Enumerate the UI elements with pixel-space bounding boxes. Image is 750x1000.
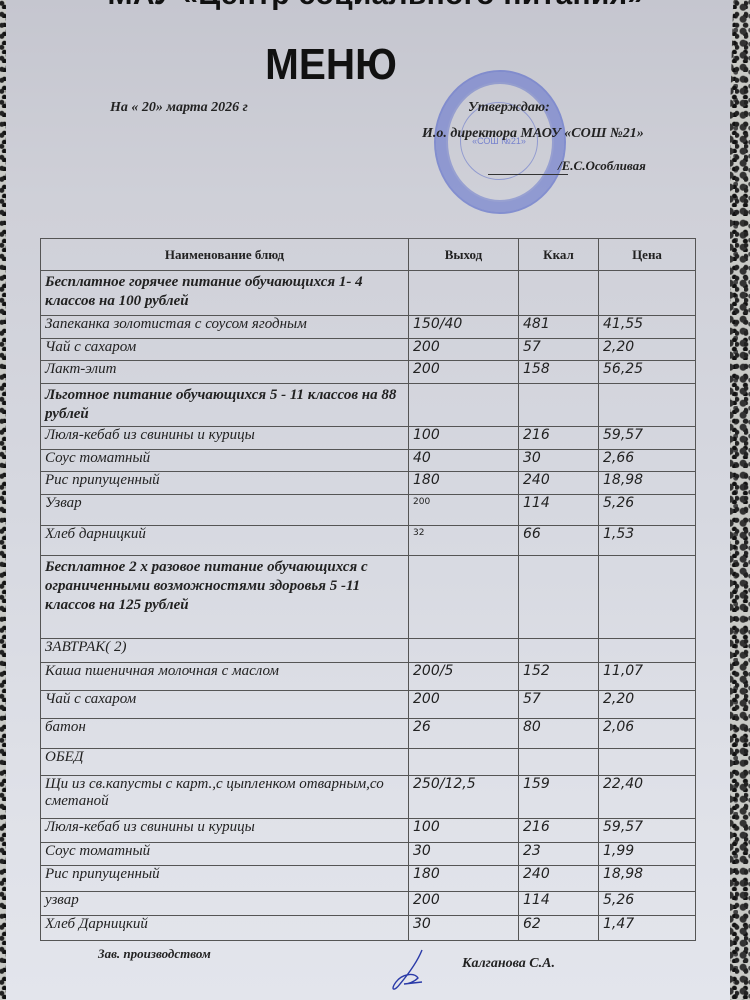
dish-name: ЗАВТРАК( 2) bbox=[41, 639, 409, 663]
dish-output: 180 bbox=[409, 472, 519, 495]
dish-kcal bbox=[519, 384, 599, 427]
header-kcal: Ккал bbox=[519, 239, 599, 271]
dish-name: Бесплатное 2 х разовое питание обучающих… bbox=[41, 556, 409, 639]
menu-table: Наименование блюд Выход Ккал Цена Беспла… bbox=[40, 238, 696, 941]
dish-output: 200 bbox=[409, 361, 519, 384]
dish-name: Рис припущенный bbox=[41, 472, 409, 495]
header-output: Выход bbox=[409, 239, 519, 271]
dish-name: Соус томатный bbox=[41, 450, 409, 472]
dish-name: Хлеб дарницкий bbox=[41, 526, 409, 556]
dish-price: 59,57 bbox=[599, 427, 696, 450]
dish-output: 200 bbox=[409, 339, 519, 361]
section-row: Бесплатное горячее питание обучающихся 1… bbox=[41, 271, 696, 316]
production-manager-name: Калганова С.А. bbox=[462, 956, 555, 972]
dish-kcal: 216 bbox=[519, 819, 599, 843]
dish-price: 2,20 bbox=[599, 339, 696, 361]
header-dish-name: Наименование блюд bbox=[41, 239, 409, 271]
dish-kcal: 114 bbox=[519, 892, 599, 916]
dish-price bbox=[599, 639, 696, 663]
dish-output: 250/12,5 bbox=[409, 776, 519, 819]
header-price: Цена bbox=[599, 239, 696, 271]
dish-output bbox=[409, 639, 519, 663]
dish-price: 1,53 bbox=[599, 526, 696, 556]
dish-name: Рис припущенный bbox=[41, 866, 409, 892]
dish-name: узвар bbox=[41, 892, 409, 916]
table-row: Узвар2001145,26 bbox=[41, 495, 696, 526]
dish-price: 5,26 bbox=[599, 495, 696, 526]
table-row: Лакт-элит20015856,25 bbox=[41, 361, 696, 384]
dish-price: 18,98 bbox=[599, 866, 696, 892]
meal-subheader-row: ЗАВТРАК( 2) bbox=[41, 639, 696, 663]
dish-price: 1,99 bbox=[599, 843, 696, 866]
table-row: Чай с сахаром200572,20 bbox=[41, 339, 696, 361]
official-stamp-icon: «СОШ №21» bbox=[434, 70, 566, 214]
table-row: Щи из св.капусты с карт.,с цыпленком отв… bbox=[41, 776, 696, 819]
dish-name: Хлеб Дарницкий bbox=[41, 916, 409, 941]
dish-price: 2,06 bbox=[599, 719, 696, 749]
table-row: батон26802,06 bbox=[41, 719, 696, 749]
dish-output: 200 bbox=[409, 892, 519, 916]
dish-price: 56,25 bbox=[599, 361, 696, 384]
meal-subheader-row: ОБЕД bbox=[41, 749, 696, 776]
dish-kcal: 80 bbox=[519, 719, 599, 749]
dish-output: 32 bbox=[409, 526, 519, 556]
dish-name: Лакт-элит bbox=[41, 361, 409, 384]
dish-price: 11,07 bbox=[599, 663, 696, 691]
dish-kcal: 481 bbox=[519, 316, 599, 339]
section-row: Бесплатное 2 х разовое питание обучающих… bbox=[41, 556, 696, 639]
dish-name: Щи из св.капусты с карт.,с цыпленком отв… bbox=[41, 776, 409, 819]
dish-kcal: 30 bbox=[519, 450, 599, 472]
approval-position: И.о. директора МАОУ «СОШ №21» bbox=[422, 126, 644, 142]
dish-kcal: 159 bbox=[519, 776, 599, 819]
table-header-row: Наименование блюд Выход Ккал Цена bbox=[41, 239, 696, 271]
dish-output: 30 bbox=[409, 843, 519, 866]
dish-name: Каша пшеничная молочная с маслом bbox=[41, 663, 409, 691]
dish-price bbox=[599, 556, 696, 639]
approval-signature-line bbox=[488, 174, 568, 175]
dish-name: Бесплатное горячее питание обучающихся 1… bbox=[41, 271, 409, 316]
section-row: Льготное питание обучающихся 5 - 11 клас… bbox=[41, 384, 696, 427]
dish-kcal: 23 bbox=[519, 843, 599, 866]
dish-kcal: 62 bbox=[519, 916, 599, 941]
dish-name: Узвар bbox=[41, 495, 409, 526]
dish-output: 150/40 bbox=[409, 316, 519, 339]
dish-kcal bbox=[519, 749, 599, 776]
dish-price: 22,40 bbox=[599, 776, 696, 819]
dish-output bbox=[409, 384, 519, 427]
dish-price bbox=[599, 271, 696, 316]
table-row: Чай с сахаром200572,20 bbox=[41, 691, 696, 719]
dish-price: 5,26 bbox=[599, 892, 696, 916]
dish-price: 2,20 bbox=[599, 691, 696, 719]
table-row: Рис припущенный18024018,98 bbox=[41, 472, 696, 495]
organization-title: МАУ «Центр социального питания» bbox=[66, 0, 686, 12]
dish-kcal: 152 bbox=[519, 663, 599, 691]
dish-name: Чай с сахаром bbox=[41, 691, 409, 719]
dish-output: 100 bbox=[409, 427, 519, 450]
table-row: Рис припущенный18024018,98 bbox=[41, 866, 696, 892]
menu-date: На « 20» марта 2026 г bbox=[110, 100, 248, 116]
dish-name: Люля-кебаб из свинины и курицы bbox=[41, 427, 409, 450]
dish-output bbox=[409, 749, 519, 776]
production-manager-label: Зав. производством bbox=[98, 946, 211, 962]
table-row: Соус томатный40302,66 bbox=[41, 450, 696, 472]
dish-price: 59,57 bbox=[599, 819, 696, 843]
dish-kcal: 216 bbox=[519, 427, 599, 450]
dish-kcal: 240 bbox=[519, 866, 599, 892]
dish-kcal: 114 bbox=[519, 495, 599, 526]
dish-output: 100 bbox=[409, 819, 519, 843]
dish-kcal bbox=[519, 271, 599, 316]
dish-kcal: 66 bbox=[519, 526, 599, 556]
dish-name: батон bbox=[41, 719, 409, 749]
dish-output: 200 bbox=[409, 495, 519, 526]
dish-output bbox=[409, 271, 519, 316]
dish-price: 1,47 bbox=[599, 916, 696, 941]
dish-kcal: 57 bbox=[519, 691, 599, 719]
table-row: узвар2001145,26 bbox=[41, 892, 696, 916]
dish-output: 40 bbox=[409, 450, 519, 472]
signature-icon bbox=[388, 948, 448, 994]
dish-name: Соус томатный bbox=[41, 843, 409, 866]
dish-name: Люля-кебаб из свинины и курицы bbox=[41, 819, 409, 843]
dish-price: 2,66 bbox=[599, 450, 696, 472]
table-row: Запеканка золотистая с соусом ягодным150… bbox=[41, 316, 696, 339]
table-row: Соус томатный30231,99 bbox=[41, 843, 696, 866]
dish-name: Запеканка золотистая с соусом ягодным bbox=[41, 316, 409, 339]
approval-signatory: /Е.С.Особливая bbox=[558, 158, 646, 174]
dish-output: 26 bbox=[409, 719, 519, 749]
dish-output: 200 bbox=[409, 691, 519, 719]
table-row: Каша пшеничная молочная с маслом200/5152… bbox=[41, 663, 696, 691]
dish-kcal: 57 bbox=[519, 339, 599, 361]
dish-price bbox=[599, 749, 696, 776]
dish-price bbox=[599, 384, 696, 427]
dish-output bbox=[409, 556, 519, 639]
table-row: Хлеб дарницкий32661,53 bbox=[41, 526, 696, 556]
dish-price: 18,98 bbox=[599, 472, 696, 495]
table-row: Люля-кебаб из свинины и курицы10021659,5… bbox=[41, 427, 696, 450]
page-title: МЕНЮ bbox=[32, 40, 630, 90]
dish-kcal bbox=[519, 639, 599, 663]
dish-price: 41,55 bbox=[599, 316, 696, 339]
dish-output: 30 bbox=[409, 916, 519, 941]
dish-kcal: 158 bbox=[519, 361, 599, 384]
dish-output: 200/5 bbox=[409, 663, 519, 691]
approval-label: Утверждаю: bbox=[468, 100, 550, 116]
table-row: Хлеб Дарницкий30621,47 bbox=[41, 916, 696, 941]
dish-name: Льготное питание обучающихся 5 - 11 клас… bbox=[41, 384, 409, 427]
dish-kcal: 240 bbox=[519, 472, 599, 495]
dish-output: 180 bbox=[409, 866, 519, 892]
table-row: Люля-кебаб из свинины и курицы10021659,5… bbox=[41, 819, 696, 843]
dish-name: Чай с сахаром bbox=[41, 339, 409, 361]
dish-kcal bbox=[519, 556, 599, 639]
dish-name: ОБЕД bbox=[41, 749, 409, 776]
